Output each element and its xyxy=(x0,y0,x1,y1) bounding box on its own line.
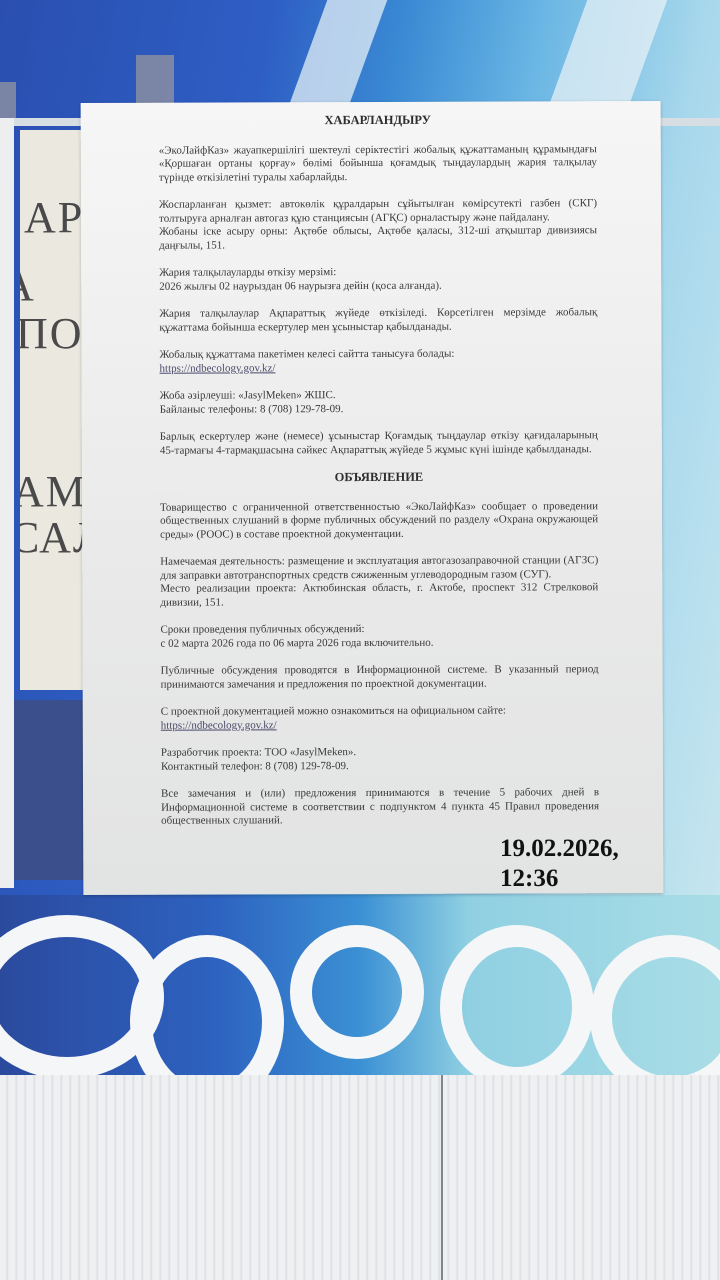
kz-phone: Байланыс телефоны: 8 (708) 129-78-09. xyxy=(160,402,598,417)
ru-period-block: Сроки проведения публичных обсуждений: с… xyxy=(160,622,598,651)
kz-period-value: 2026 жылғы 02 наурыздан 06 наурызға дейі… xyxy=(159,279,597,294)
ru-docs-link[interactable]: https://ndbecology.gov.kz/ xyxy=(161,718,599,733)
kz-contact-block: Жоба әзірлеуші: «JasylMeken» ЖШС. Байлан… xyxy=(160,388,598,417)
notice-title-ru: ОБЪЯВЛЕНИЕ xyxy=(160,470,598,485)
kz-period-block: Жария талқылауларды өткізу мерзімі: 2026… xyxy=(159,265,597,294)
ru-activity: Намечаемая деятельность: размещение и эк… xyxy=(160,554,598,583)
ornament-swirl xyxy=(440,925,594,1075)
poster-fragment: АР xyxy=(24,192,84,243)
ru-contact-block: Разработчик проекта: ТОО «JasylMeken». К… xyxy=(161,745,599,774)
ru-phone: Контактный телефон: 8 (708) 129-78-09. xyxy=(161,759,599,774)
background-poster-footer xyxy=(14,700,88,880)
ornament-band xyxy=(0,895,720,1075)
timestamp-date: 19.02.2026, xyxy=(500,834,619,864)
ru-intro: Товарищество с ограниченной ответственно… xyxy=(160,500,598,542)
ornament-swirl xyxy=(130,935,284,1075)
kz-system: Жария талқылаулар Ақпараттық жүйеде өткі… xyxy=(159,306,597,335)
notice-title-kz: ХАБАРЛАНДЫРУ xyxy=(159,113,597,128)
ornament-swirl xyxy=(590,935,720,1075)
photo-timestamp: 19.02.2026, 12:36 xyxy=(500,834,619,894)
kz-docs-link[interactable]: https://ndbecology.gov.kz/ xyxy=(160,361,598,376)
kz-activity-block: Жоспарланған қызмет: автокөлік құралдары… xyxy=(159,197,597,253)
ru-system: Публичные обсуждения проводятся в Информ… xyxy=(161,663,599,692)
ru-period-value: с 02 марта 2026 года по 06 марта 2026 го… xyxy=(160,636,598,651)
ru-activity-block: Намечаемая деятельность: размещение и эк… xyxy=(160,554,598,610)
background-poster: АР А ПО АМА САЛ xyxy=(20,130,90,690)
notice-paper: ХАБАРЛАНДЫРУ «ЭкоЛайфКаз» жауапкершілігі… xyxy=(81,101,664,895)
ru-docs-block: С проектной документацией можно ознакоми… xyxy=(161,704,599,733)
kz-closing: Барлық ескертулер және (немесе) ұсыныста… xyxy=(160,429,598,458)
timestamp-time: 12:36 xyxy=(500,864,619,894)
ru-location: Место реализации проекта: Актюбинская об… xyxy=(160,581,598,610)
ru-closing: Все замечания и (или) предложения приним… xyxy=(161,786,599,828)
kz-intro: «ЭкоЛайфКаз» жауапкершілігі шектеулі сер… xyxy=(159,143,597,185)
kz-docs-block: Жобалық құжаттама пакетімен келесі сайтт… xyxy=(159,347,597,376)
poster-fragment: ПО xyxy=(20,308,84,359)
poster-fragment: САЛ xyxy=(20,512,90,563)
kz-location: Жобаны іске асыру орны: Ақтөбе облысы, А… xyxy=(159,224,597,253)
ornament-swirl xyxy=(290,925,424,1059)
poster-fragment: АМА xyxy=(20,466,90,517)
notice-text: ХАБАРЛАНДЫРУ «ЭкоЛайфКаз» жауапкершілігі… xyxy=(159,113,600,842)
left-edge-sheet xyxy=(0,118,14,888)
wall-panels xyxy=(0,1075,720,1280)
panel-seam xyxy=(441,1075,443,1280)
poster-fragment: А xyxy=(20,260,36,311)
kz-activity: Жоспарланған қызмет: автокөлік құралдары… xyxy=(159,197,597,226)
tape-strip xyxy=(0,82,16,118)
